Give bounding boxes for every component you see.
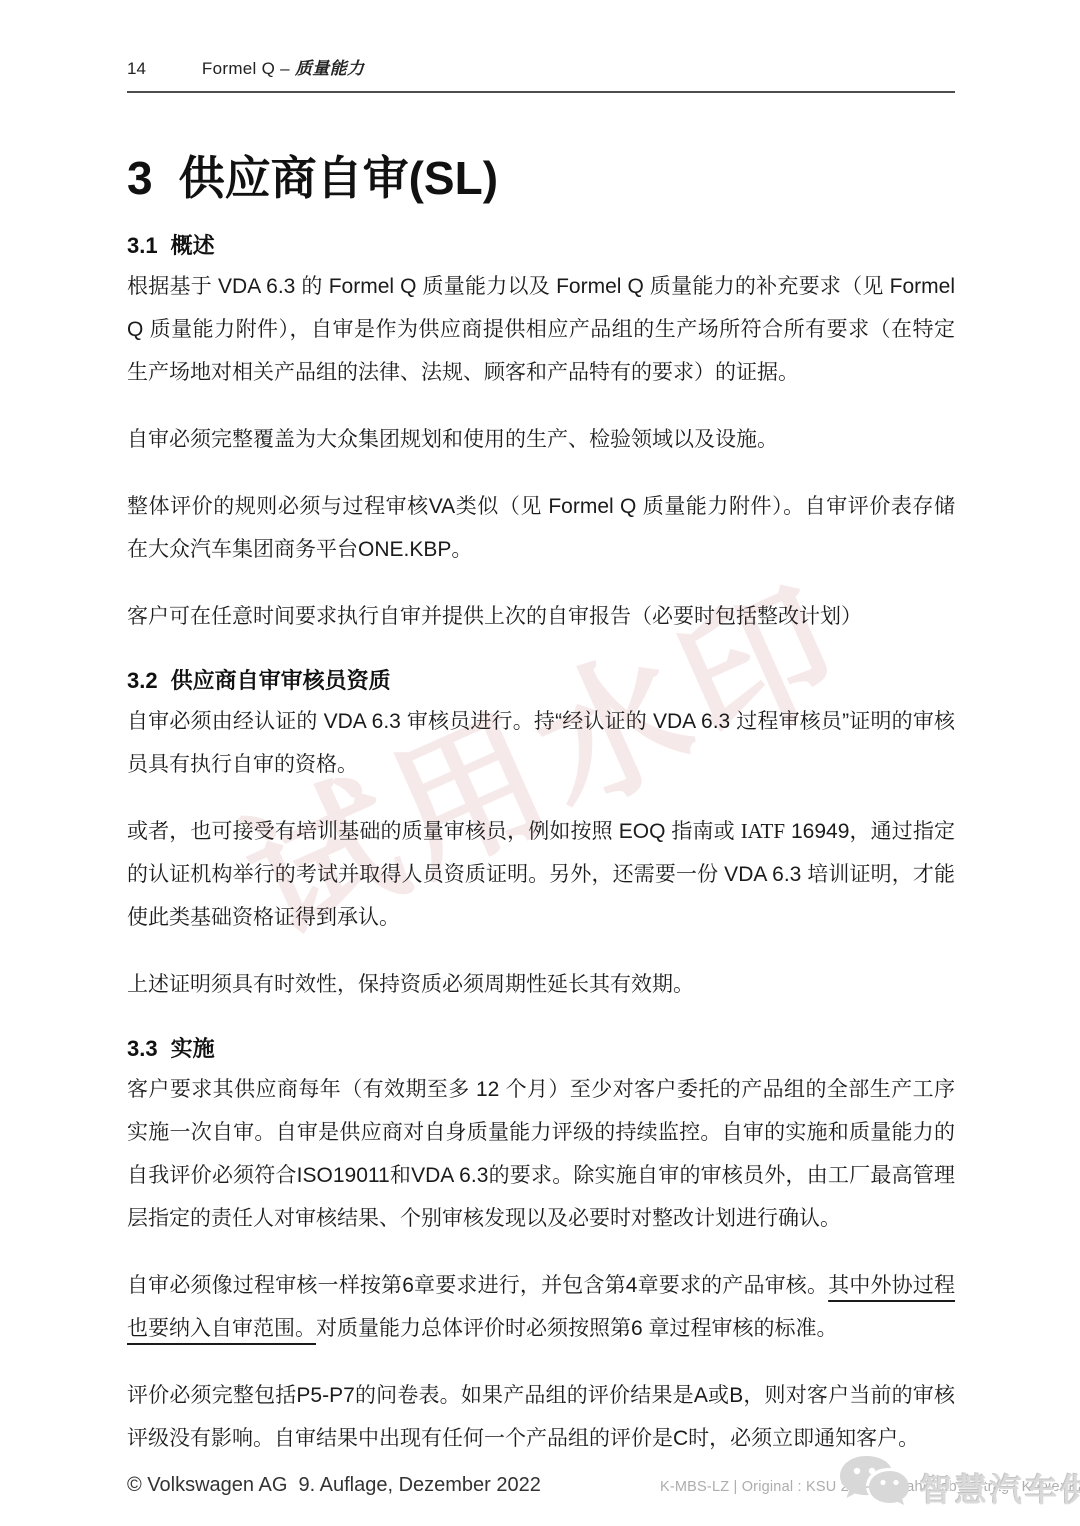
section-number: 3.2 bbox=[127, 668, 158, 693]
section-number: 3.1 bbox=[127, 233, 158, 258]
paragraph: 整体评价的规则必须与过程审核VA类似（见 Formel Q 质量能力附件）。自审… bbox=[127, 485, 955, 571]
section-heading-text: 概述 bbox=[171, 233, 215, 258]
paragraph-text: 自审必须像过程审核一样按第6章要求进行，并包含第4章要求的产品审核。 bbox=[127, 1274, 828, 1297]
brand-watermark: 智慧汽车供应链 bbox=[838, 1454, 1080, 1521]
page-number: 14 bbox=[127, 59, 146, 79]
section-heading-3-3: 3.3实施 bbox=[127, 1036, 955, 1062]
page-content: 14 Formel Q – 质量能力 3供应商自审(SL) 3.1概述 根据基于… bbox=[0, 0, 1080, 1460]
paragraph: 自审必须由经认证的 VDA 6.3 审核员进行。持“经认证的 VDA 6.3 过… bbox=[127, 700, 955, 786]
section-heading-text: 供应商自审审核员资质 bbox=[171, 668, 391, 693]
page-header: 14 Formel Q – 质量能力 bbox=[127, 0, 955, 93]
brand-name: 智慧汽车供应链 bbox=[920, 1465, 1080, 1511]
paragraph-text: 对质量能力总体评价时必须按照第6 章过程审核的标准。 bbox=[316, 1317, 838, 1340]
section-heading-text: 实施 bbox=[171, 1036, 215, 1061]
document-title: Formel Q – 质量能力 bbox=[202, 54, 364, 79]
page-footer: © Volkswagen AG 9. Auflage, Dezember 202… bbox=[0, 1462, 1080, 1526]
chapter-title: 3供应商自审(SL) bbox=[127, 153, 955, 203]
paragraph: 根据基于 VDA 6.3 的 Formel Q 质量能力以及 Formel Q … bbox=[127, 265, 955, 394]
section-heading-3-2: 3.2供应商自审审核员资质 bbox=[127, 668, 955, 694]
paragraph: 自审必须完整覆盖为大众集团规划和使用的生产、检验领域以及设施。 bbox=[127, 418, 955, 461]
paragraph: 上述证明须具有时效性，保持资质必须周期性延长其有效期。 bbox=[127, 963, 955, 1006]
wechat-icon bbox=[838, 1454, 916, 1521]
document-title-text: Formel Q – bbox=[202, 59, 295, 78]
paragraph: 客户要求其供应商每年（有效期至多 12 个月）至少对客户委托的产品组的全部生产工… bbox=[127, 1068, 955, 1240]
iatf-serif-text: IATF bbox=[741, 819, 785, 843]
paragraph: 客户可在任意时间要求执行自审并提供上次的自审报告（必要时包括整改计划） bbox=[127, 595, 955, 638]
paragraph: 自审必须像过程审核一样按第6章要求进行，并包含第4章要求的产品审核。其中外协过程… bbox=[127, 1264, 955, 1350]
paragraph: 评价必须完整包括P5-P7的问卷表。如果产品组的评价结果是A或B，则对客户当前的… bbox=[127, 1374, 955, 1460]
document-title-emphasis: 质量能力 bbox=[295, 59, 364, 78]
section-heading-3-1: 3.1概述 bbox=[127, 233, 955, 259]
section-number: 3.3 bbox=[127, 1036, 158, 1061]
chapter-title-text: 供应商自审(SL) bbox=[179, 152, 498, 204]
footer-copyright: © Volkswagen AG 9. Auflage, Dezember 202… bbox=[127, 1474, 541, 1497]
paragraph-text: 或者，也可接受有培训基础的质量审核员，例如按照 EOQ 指南或 bbox=[127, 820, 741, 843]
chapter-number: 3 bbox=[127, 152, 153, 204]
paragraph: 或者，也可接受有培训基础的质量审核员，例如按照 EOQ 指南或 IATF 169… bbox=[127, 810, 955, 939]
